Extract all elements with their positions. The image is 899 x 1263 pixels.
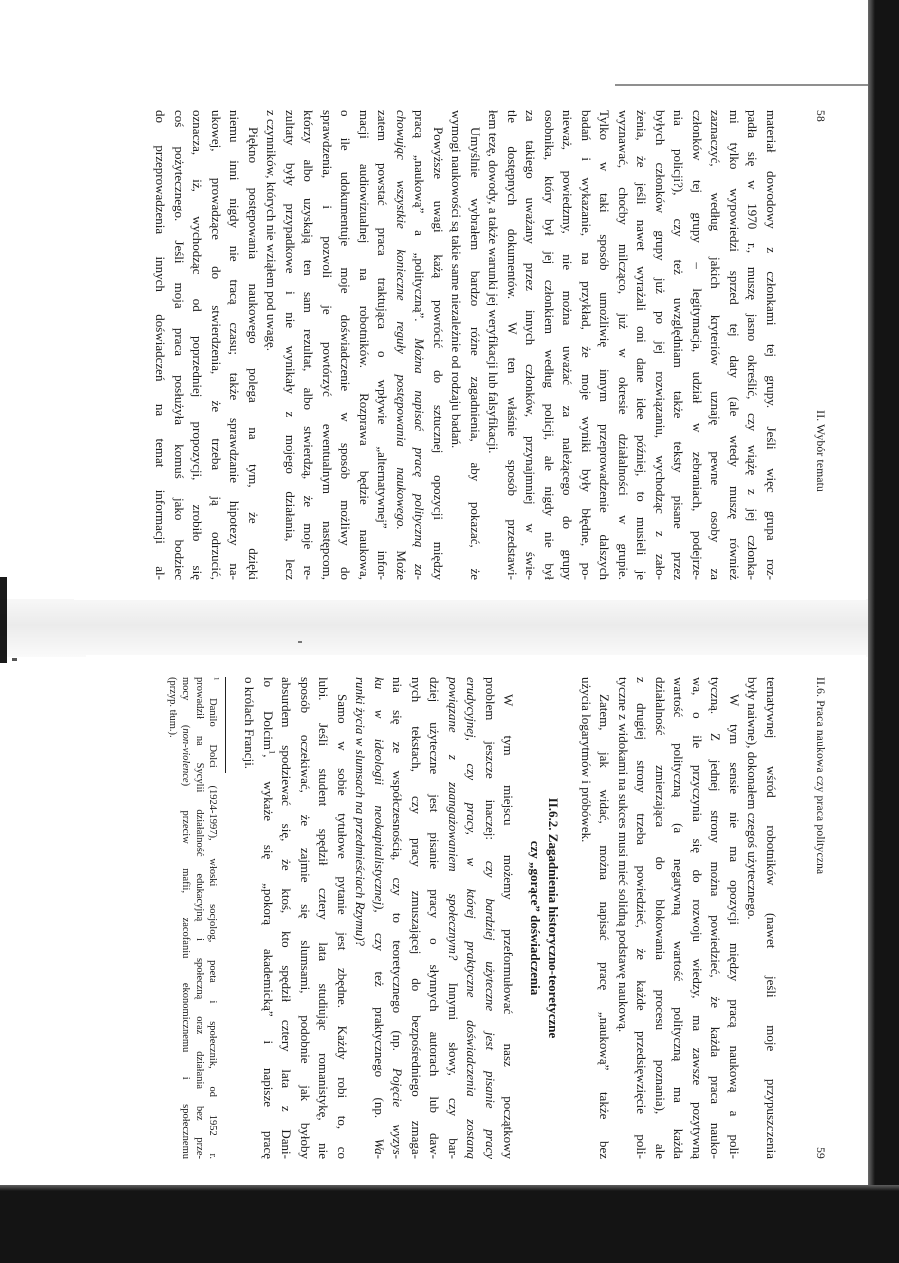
footnote-line: 1 Danilo Dolci (1924-1997), włoski socjo…	[206, 677, 219, 1159]
text-line: łem tezę, dowody, a także warunki jej we…	[484, 110, 503, 580]
text-line: Samo w sobie tytułowe pytanie jest zbędn…	[333, 677, 352, 1159]
text-line: oznacza, iż, wychodząc od poprzedniej pr…	[188, 110, 207, 580]
text-line: nieważ, powiedzmy, nie można uważać za n…	[558, 110, 577, 580]
text-line: były naiwne), dokonałem czegoś użyteczne…	[743, 677, 762, 1159]
running-head: II. Wybór tematu	[814, 410, 826, 492]
text-line: chowując wszystkie konieczne reguły post…	[392, 110, 411, 580]
text-line: runki życia w slumsach na przedmieściach…	[351, 677, 370, 1159]
text-line: Tylko w taki sposób umożliwię innym prze…	[595, 110, 614, 580]
text-line: byłych członków grupy już po jej rozwiąz…	[651, 110, 670, 580]
dust-speck	[298, 641, 302, 643]
text-line: wartość polityczną (a negatywną wartość …	[669, 677, 688, 1159]
page-58-content: 58 II. Wybór tematu materiał dowodowy z …	[74, 88, 866, 600]
page-58-header: 58 II. Wybór tematu	[810, 110, 826, 580]
text-line: tle dostępnych dokumentów. W ten właśnie…	[503, 110, 522, 580]
scanner-bed-right-band	[868, 0, 899, 1263]
page-59: II.6. Praca naukowa czy praca polityczna…	[86, 655, 866, 1179]
text-line: Piękno postępowania naukowego polega na …	[244, 110, 263, 580]
footnote: 1 Danilo Dolci (1924-1997), włoski socjo…	[165, 677, 226, 1159]
spine-shadow	[0, 599, 868, 657]
text-line: materiał dowodowy z członkami tej grupy.…	[762, 110, 781, 580]
text-line: żenia, że jeśli nawet wyrażali oni dane …	[632, 110, 651, 580]
scanned-book-spread: { "colors": { "ink": "#1c1c1c", "paper":…	[0, 0, 899, 1263]
text-line: o ile udokumentuje moje doświadczenie w …	[336, 110, 355, 580]
text-line: zatem powstać praca traktująca o wpływie…	[373, 110, 392, 580]
footnote-text: 1 Danilo Dolci (1924-1997), włoski socjo…	[165, 677, 219, 1159]
footnote-line: prowadził na Sycylii działalność edukacy…	[192, 677, 205, 1159]
text-line: wa, o ile przyczynia się do rozwoju wied…	[688, 677, 707, 1159]
text-line: W tym miejscu możemy przeformułować nasz…	[499, 677, 518, 1159]
text-line: tyczne z widokami na sukces musi mieć so…	[614, 677, 633, 1159]
running-head: II.6. Praca naukowa czy praca polityczna	[814, 677, 826, 874]
text-line: za takiego uważany przez innych członków…	[521, 110, 540, 580]
footnote-line: mocy (non-violence) przeciw mafii, zacof…	[179, 677, 192, 1159]
page-59-body-text: ternatywnej wśród robotników (nawet jeśl…	[240, 677, 780, 1159]
text-line: coś pożytecznego. Jeśli moja praca posłu…	[170, 110, 189, 580]
text-line: powiązane z zaangażowaniem społecznym? I…	[444, 677, 463, 1159]
paper-top-edge-line	[615, 84, 868, 86]
text-line: dziej użyteczne jest pisanie pracy o sły…	[425, 677, 444, 1159]
text-line: użycia logarytmów i próbówek.	[577, 677, 596, 1159]
text-line: nych tekstach, czy pracy zmuszającej do …	[407, 677, 426, 1159]
text-line: badań i wykazanie, na przykład, że moje …	[577, 110, 596, 580]
section-heading-line: czy „gorące” doświadczenia	[527, 677, 545, 1159]
page-59-content: II.6. Praca naukowa czy praca polityczna…	[86, 655, 866, 1179]
text-line: nia się ze współczesnością, czy to teore…	[388, 677, 407, 1159]
text-line: tyczną. Z jednej strony można powiedzieć…	[706, 677, 725, 1159]
page-number: 59	[814, 1147, 826, 1159]
text-line: lo Dolcim1, wykaże się „pokorą akademick…	[259, 677, 278, 1159]
page-59-header: II.6. Praca naukowa czy praca polityczna…	[810, 677, 826, 1159]
text-line: padła się w 1970 r., muszę jasno określi…	[743, 110, 762, 580]
text-line: mi tylko wypowiedzi sprzed tej daty (ale…	[725, 110, 744, 580]
text-line: pracą „naukową” a „polityczną”. Można na…	[410, 110, 429, 580]
page-58-body-text: materiał dowodowy z członkami tej grupy.…	[151, 110, 780, 580]
text-line: ternatywnej wśród robotników (nawet jeśl…	[762, 677, 781, 1159]
section-heading-line: II.6.2. Zagadnienia historyczno-teoretyc…	[545, 677, 563, 1159]
text-line: problem jeszcze inaczej: czy bardziej uż…	[481, 677, 500, 1159]
text-line: członków tej grupy – legitymacja, udział…	[688, 110, 707, 580]
text-line: macji audiowizualnej na robotników. Rozp…	[355, 110, 374, 580]
text-line: sprawdzenia, i pozwoli je powtórzyć ewen…	[318, 110, 337, 580]
text-line: zultaty były przypadkowe i nie wynikały …	[281, 110, 300, 580]
text-line: nia policji?), czy też uwzględniam także…	[669, 110, 688, 580]
text-line: do przeprowadzenia innych doświadczeń na…	[151, 110, 170, 580]
text-line: z czynników, których nie wziąłem pod uwa…	[262, 110, 281, 580]
text-line: wyznawać, choćby milcząco, już w okresie…	[614, 110, 633, 580]
text-line: ukowej, prowadzące do stwierdzenia, że t…	[207, 110, 226, 580]
text-line: ku w ideologii neokapitalistycznej), czy…	[370, 677, 389, 1159]
section-heading: II.6.2. Zagadnienia historyczno-teoretyc…	[527, 677, 563, 1159]
text-line: Zatem, jak widać, można napisać pracę „n…	[595, 677, 614, 1159]
dust-speck	[12, 658, 17, 661]
text-line: wymogi naukowości są takie same niezależ…	[447, 110, 466, 580]
text-line: W tym sensie nie ma opozycji między prac…	[725, 677, 744, 1159]
text-line: absurdem spodziewać się, że ktoś, kto sp…	[277, 677, 296, 1159]
text-line: niemu inni nigdy nie tracą czasu; także …	[225, 110, 244, 580]
text-line: sposób oczekiwać, że zajmie się slumsami…	[296, 677, 315, 1159]
text-line: Powyższe uwagi każą powrócić do sztuczne…	[429, 110, 448, 580]
footnote-line: (przyp. tłum.).	[165, 677, 178, 1159]
page-58: 58 II. Wybór tematu materiał dowodowy z …	[74, 88, 866, 600]
text-line: lubi. Jeśli student spędził cztery lata …	[314, 677, 333, 1159]
text-line: z drugiej strony trzeba powiedzieć, że k…	[632, 677, 651, 1159]
text-line: erudycyjnej, czy pracy, w której praktyc…	[462, 677, 481, 1159]
page-number: 58	[814, 110, 826, 122]
text-line: działalność zmierzająca do blokowania pr…	[651, 677, 670, 1159]
footnote-separator	[225, 677, 226, 773]
scanner-bed-bottom-band	[0, 1185, 899, 1263]
text-line: zaznaczyć, według jakich kryteriów uznaj…	[706, 110, 725, 580]
text-line: którzy albo uzyskają ten sam rezultat, a…	[299, 110, 318, 580]
text-line: Umyślnie wybrałem bardzo różne zagadnien…	[466, 110, 485, 580]
text-line: osobnika, który był jej członkiem według…	[540, 110, 559, 580]
text-line: o królach Francji.	[240, 677, 259, 1159]
